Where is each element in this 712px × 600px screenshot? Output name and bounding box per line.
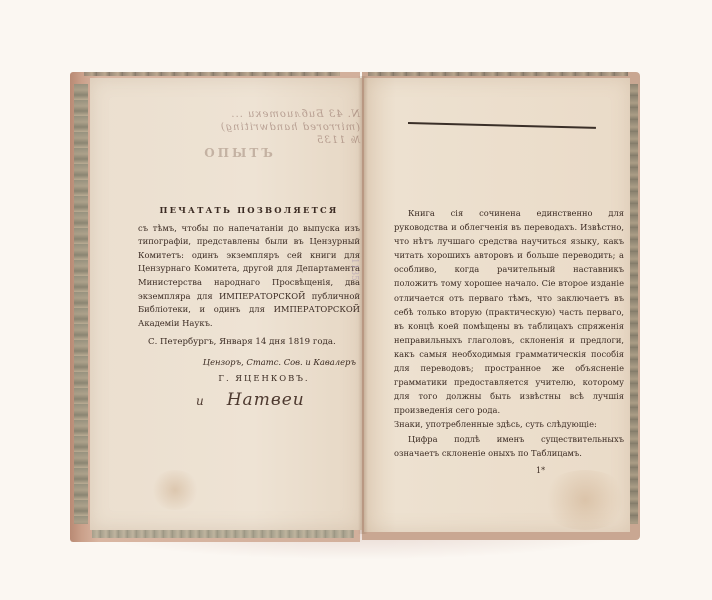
censorship-approval: ПЕЧАТАТЬ ПОЗВОЛЯЕТСЯ съ тѣмъ, чтобы по н… [138,204,360,385]
place-date: С. Петербургъ, Января 14 дня 1819 года. [148,336,360,350]
signature-mark: 1* [536,466,545,475]
preface-paragraph-1: Книга сія сочинена единственно для руков… [394,206,624,417]
top-edge-right [368,72,628,76]
margin-stamp: 1135 [345,258,359,318]
preface-paragraph-3: Цифра подлѣ именъ существительныхъ означ… [394,432,624,460]
top-edge-left [84,72,340,76]
censor-name: Г. ЯЦЕНКОВЪ. [138,372,360,386]
bleed-through-text: N. 43 Библиотеки ... (mirrored handwriti… [120,108,360,188]
signature-prefix: и [196,394,205,408]
approval-heading: ПЕЧАТАТЬ ПОЗВОЛЯЕТСЯ [138,204,360,218]
open-book: N. 43 Библиотеки ... (mirrored handwriti… [0,0,712,600]
paper-stain [540,470,630,530]
ghost-title: ОПЫТЪ [120,147,360,160]
handwritten-signature: иНатвеи [196,390,305,410]
left-cover-marbled-edge [74,84,88,524]
mirrored-inscription-number: № 1135 [180,134,360,147]
signature-name: Натвеи [227,390,305,410]
approval-body: съ тѣмъ, чтобы по напечатаніи до выпуска… [138,222,360,331]
preface-paragraph-2: Знаки, употребленные здѣсь, суть слѣдующ… [394,417,624,431]
mirrored-inscription: N. 43 Библиотеки ... (mirrored handwriti… [180,108,360,134]
preface-text: Книга сія сочинена единственно для руков… [394,206,624,460]
paper-stain [150,470,200,510]
censor-title: Цензоръ, Статс. Сов. и Кавалеръ [138,356,360,370]
